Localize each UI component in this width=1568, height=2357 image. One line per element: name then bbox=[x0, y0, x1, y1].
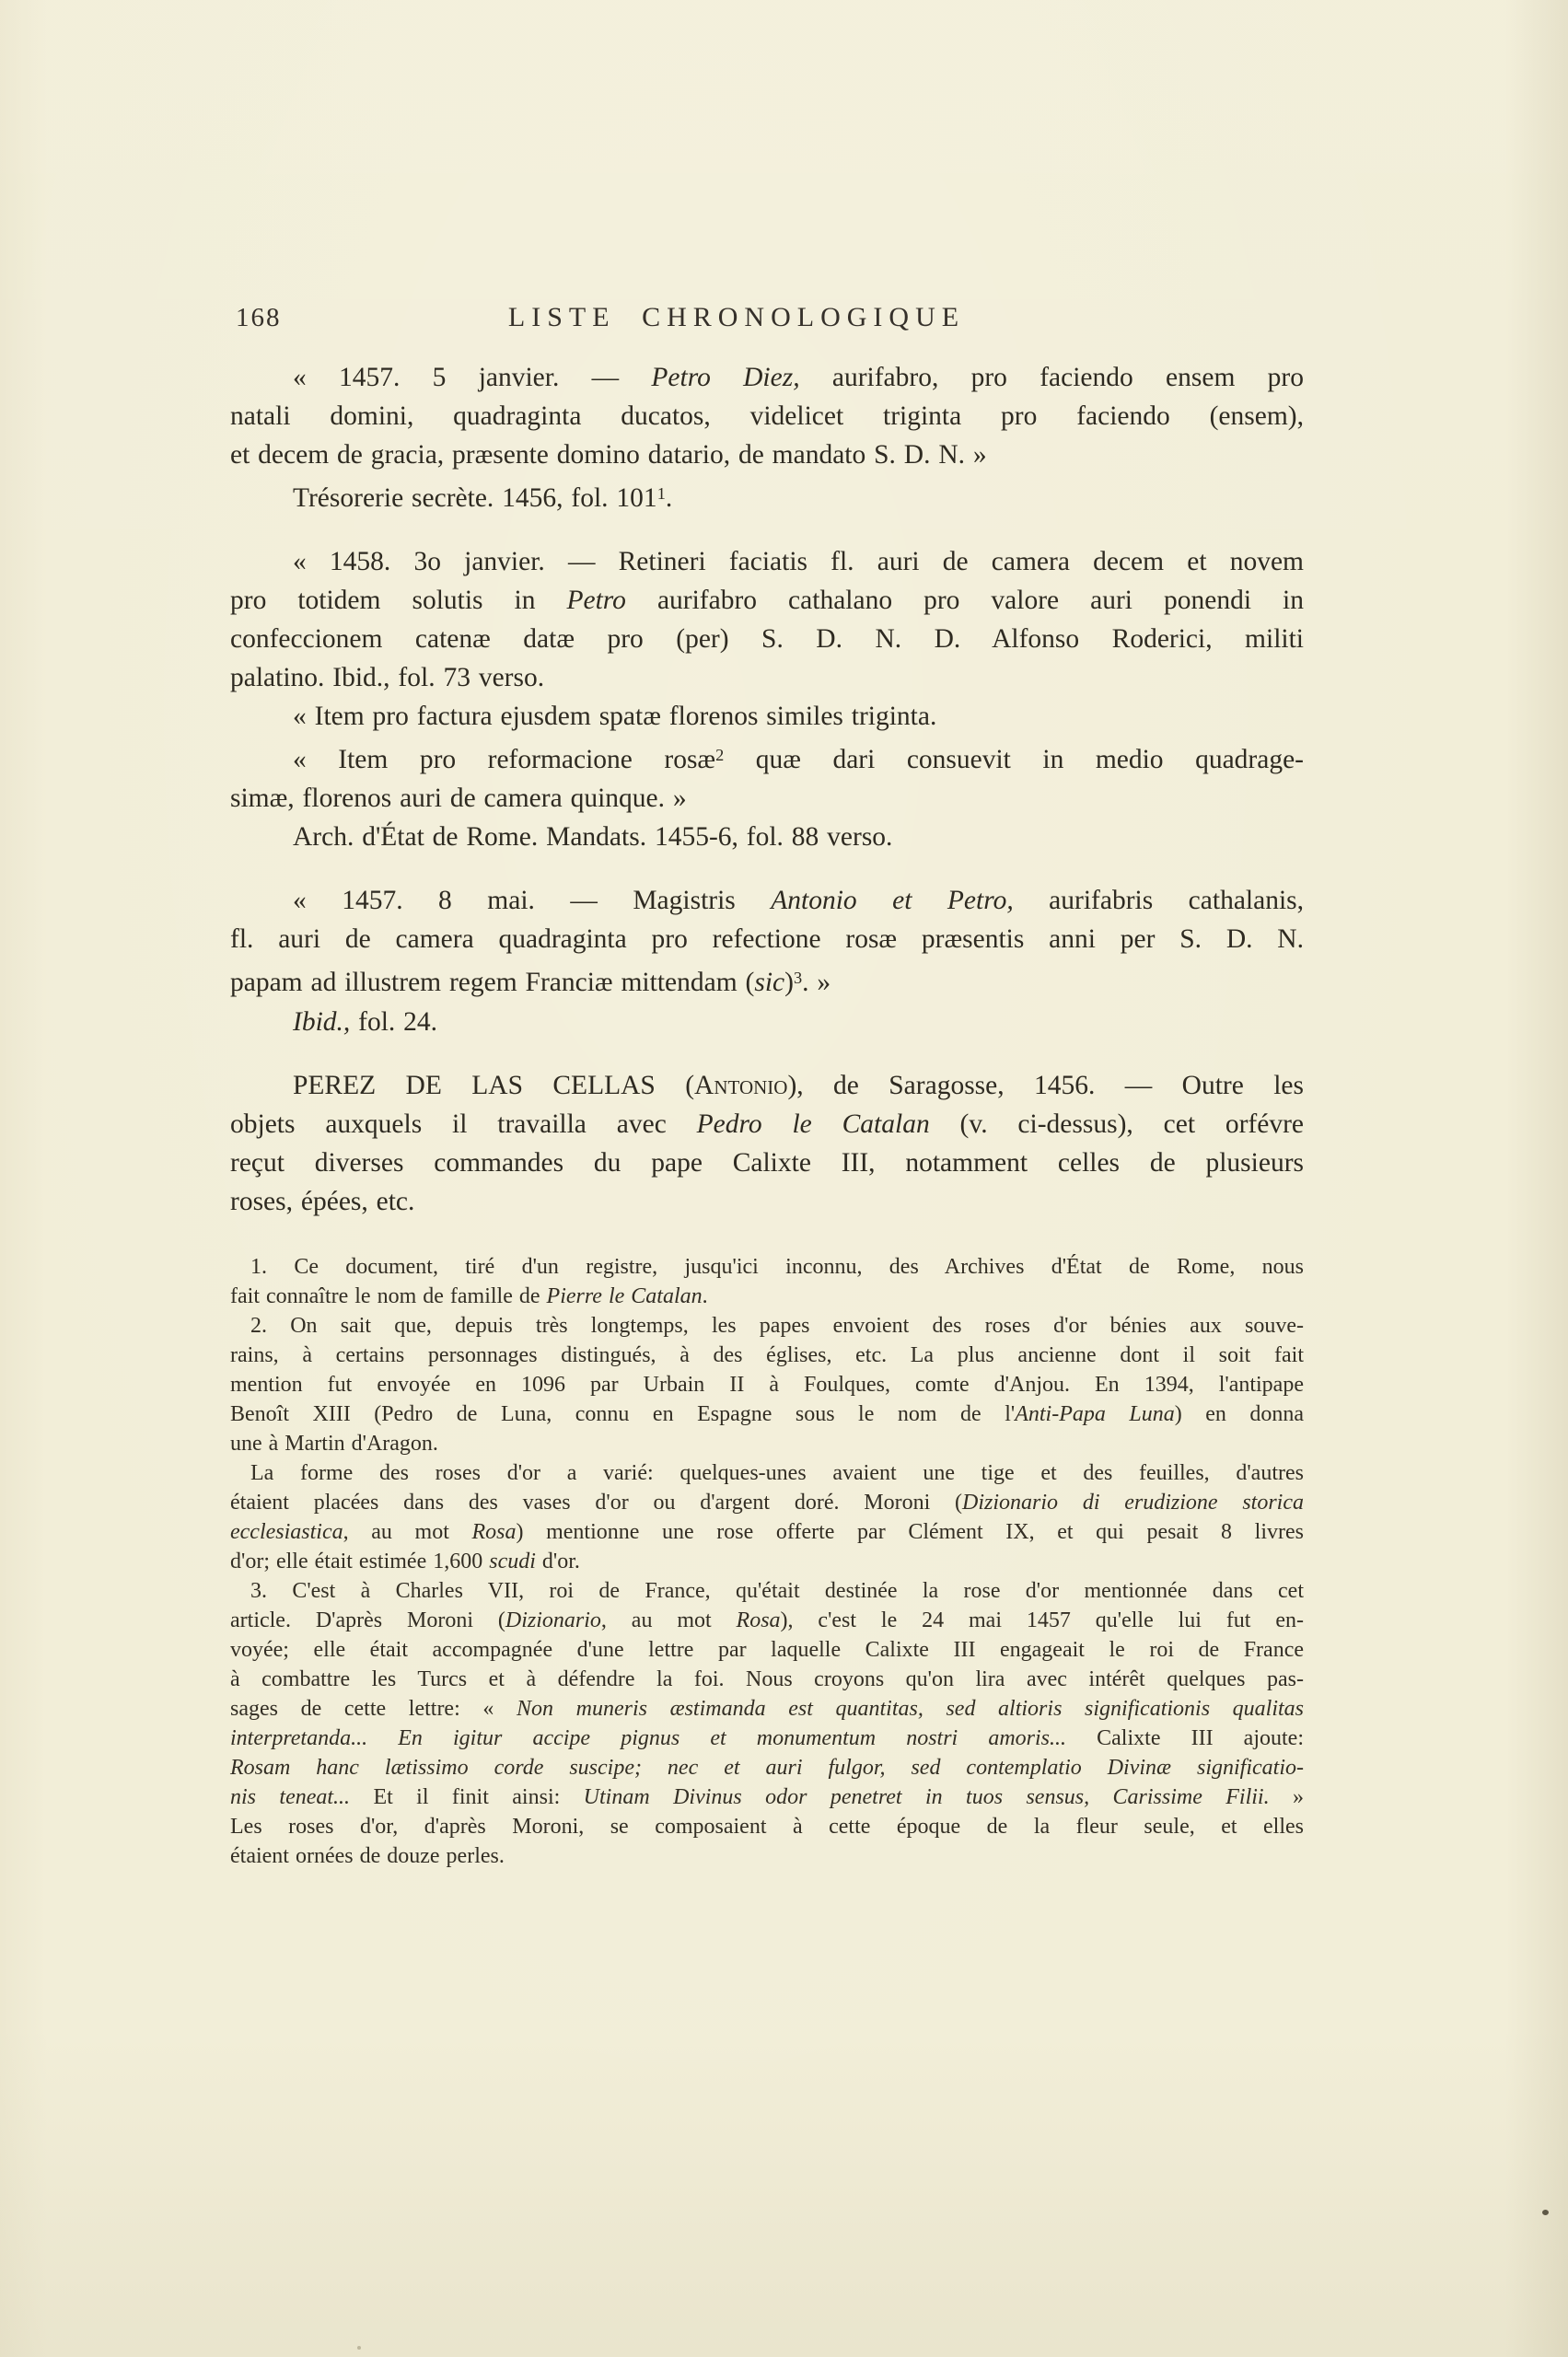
text-run: La forme des roses d'or a varié: quelque… bbox=[250, 1461, 1304, 1485]
text-run: Trésorerie secrète. 1456, fol. 101 bbox=[293, 483, 657, 513]
text-run: ) mentionne une rose offerte par Clément… bbox=[516, 1520, 1304, 1544]
italic-text: Pedro le Catalan bbox=[697, 1109, 930, 1139]
text-run: étaient placées dans des vases d'or ou d… bbox=[230, 1491, 962, 1515]
text-run: Arch. d'État de Rome. Mandats. 1455-6, f… bbox=[293, 822, 892, 852]
text-line: PEREZ DE LAS CELLAS (Antonio), de Sarago… bbox=[230, 1066, 1304, 1105]
text-line: ecclesiastica, au mot Rosa) mentionne un… bbox=[230, 1517, 1304, 1547]
smallcaps-name: Antonio bbox=[694, 1071, 787, 1100]
italic-text: Ibid., bbox=[293, 1007, 350, 1037]
text-line: pro totidem solutis in Petro aurifabro c… bbox=[230, 581, 1304, 620]
italic-text: Dizionario di erudizione storica bbox=[962, 1491, 1304, 1515]
italic-text: scudi bbox=[489, 1550, 536, 1573]
paragraph: La forme des roses d'or a varié: quelque… bbox=[230, 1458, 1304, 1576]
text-run: d'or. bbox=[536, 1550, 580, 1573]
text-run: ), de Saragosse, 1456. — Outre les bbox=[787, 1071, 1304, 1100]
text-run: aurifabro, pro faciendo ensem pro bbox=[800, 363, 1304, 392]
text-run: fl. auri de camera quadraginta pro refec… bbox=[230, 924, 1304, 954]
text-line: 1. Ce document, tiré d'un registre, jusq… bbox=[230, 1252, 1304, 1282]
text-run: fait connaître le nom de famille de bbox=[230, 1284, 547, 1308]
text-run: fol. 24. bbox=[350, 1007, 437, 1037]
text-line: Trésorerie secrète. 1456, fol. 1011. bbox=[230, 474, 1304, 517]
text-line: à combattre les Turcs et à défendre la f… bbox=[230, 1665, 1304, 1694]
text-line: et decem de gracia, præsente domino data… bbox=[230, 435, 1304, 474]
citation-line: Trésorerie secrète. 1456, fol. 1011. bbox=[230, 474, 1304, 517]
italic-text: ecclesiastica bbox=[230, 1520, 343, 1544]
text-line: rains, à certains personnages distingués… bbox=[230, 1341, 1304, 1370]
text-run: aurifabro cathalano pro valore auri pone… bbox=[626, 586, 1304, 615]
italic-text: sic bbox=[754, 969, 784, 998]
text-line: mention fut envoyée en 1096 par Urbain I… bbox=[230, 1370, 1304, 1399]
text-run: pro totidem solutis in bbox=[230, 586, 566, 615]
text-run: . bbox=[703, 1284, 708, 1308]
text-run: papam ad illustrem regem Franciæ mittend… bbox=[230, 969, 754, 998]
running-header-title: LISTE CHRONOLOGIQUE bbox=[230, 300, 1243, 335]
text-run: voyée; elle était accompagnée d'une lett… bbox=[230, 1638, 1304, 1662]
text-run: » bbox=[1270, 1785, 1304, 1809]
text-line: 3. C'est à Charles VII, roi de France, q… bbox=[230, 1576, 1304, 1606]
text-run: « 1457. 8 mai. — Magistris bbox=[293, 886, 771, 915]
text-line: voyée; elle était accompagnée d'une lett… bbox=[230, 1635, 1304, 1665]
text-line: fl. auri de camera quadraginta pro refec… bbox=[230, 920, 1304, 958]
text-line: papam ad illustrem regem Franciæ mittend… bbox=[230, 958, 1304, 1002]
text-line: reçut diverses commandes du pape Calixte… bbox=[230, 1144, 1304, 1182]
text-run: Et il finit ainsi: bbox=[350, 1785, 584, 1809]
text-run: « 1457. 5 janvier. — bbox=[293, 363, 651, 392]
italic-text: Rosa bbox=[737, 1608, 781, 1632]
text-run: étaient ornées de douze perles. bbox=[230, 1844, 505, 1868]
text-line: une à Martin d'Aragon. bbox=[230, 1429, 1304, 1458]
text-run: « Item pro reformacione rosæ bbox=[293, 745, 715, 774]
paragraph: « 1457. 8 mai. — Magistris Antonio et Pe… bbox=[230, 881, 1304, 1002]
italic-text: Anti-Papa Luna bbox=[1015, 1402, 1175, 1426]
text-line: Ibid., fol. 24. bbox=[230, 1003, 1304, 1041]
paragraph: « 1458. 3o janvier. — Retineri faciatis … bbox=[230, 542, 1304, 697]
book-page: 168 LISTE CHRONOLOGIQUE « 1457. 5 janvie… bbox=[0, 0, 1568, 2357]
text-run: et decem de gracia, præsente domino data… bbox=[230, 440, 987, 470]
text-run: natali domini, quadraginta ducatos, vide… bbox=[230, 401, 1304, 431]
main-text-block: « 1457. 5 janvier. — Petro Diez, aurifab… bbox=[230, 358, 1304, 1221]
text-run: 2. On sait que, depuis très longtemps, l… bbox=[250, 1314, 1304, 1338]
scan-ink-speck bbox=[357, 2346, 361, 2350]
text-run: « 1458. 3o janvier. — Retineri faciatis … bbox=[293, 547, 1304, 576]
text-run: ), c'est le 24 mai 1457 qu'elle lui fut … bbox=[781, 1608, 1304, 1632]
text-run: roses, épées, etc. bbox=[230, 1187, 414, 1216]
text-run: Benoît XIII (Pedro de Luna, connu en Esp… bbox=[230, 1402, 1015, 1426]
text-line: étaient ornées de douze perles. bbox=[230, 1841, 1304, 1871]
paragraph: PEREZ DE LAS CELLAS (Antonio), de Sarago… bbox=[230, 1066, 1304, 1221]
text-run: quæ dari consuevit in medio quadrage- bbox=[724, 745, 1304, 774]
footnote-reference: 2 bbox=[715, 746, 724, 764]
text-run: , au mot bbox=[343, 1520, 472, 1544]
italic-text: Rosam hanc lætissimo corde suscipe; nec … bbox=[230, 1756, 1304, 1780]
text-line: confeccionem catenæ datæ pro (per) S. D.… bbox=[230, 620, 1304, 658]
footnote-reference: 1 bbox=[657, 484, 666, 503]
text-run: ) bbox=[784, 969, 794, 998]
italic-text: Dizionario bbox=[505, 1608, 601, 1632]
paragraph: 1. Ce document, tiré d'un registre, jusq… bbox=[230, 1252, 1304, 1311]
citation-line: Arch. d'État de Rome. Mandats. 1455-6, f… bbox=[230, 818, 1304, 856]
italic-text: Rosa bbox=[471, 1520, 516, 1544]
text-run: article. D'après Moroni ( bbox=[230, 1608, 505, 1632]
text-line: « Item pro factura ejusdem spatæ floreno… bbox=[230, 697, 1304, 736]
text-run: d'or; elle était estimée 1,600 bbox=[230, 1550, 489, 1573]
text-run: à combattre les Turcs et à défendre la f… bbox=[230, 1667, 1304, 1691]
paragraph: « Item pro factura ejusdem spatæ floreno… bbox=[230, 697, 1304, 736]
text-line: interpretanda... En igitur accipe pignus… bbox=[230, 1724, 1304, 1753]
text-run: . bbox=[666, 483, 672, 513]
text-run: 1. Ce document, tiré d'un registre, jusq… bbox=[250, 1255, 1304, 1279]
text-run: aurifabris cathalanis, bbox=[1014, 886, 1304, 915]
text-line: étaient placées dans des vases d'or ou d… bbox=[230, 1488, 1304, 1517]
text-line: palatino. Ibid., fol. 73 verso. bbox=[230, 658, 1304, 697]
text-run: confeccionem catenæ datæ pro (per) S. D.… bbox=[230, 624, 1304, 654]
italic-text: Petro Diez, bbox=[651, 363, 799, 392]
text-run: , au mot bbox=[601, 1608, 737, 1632]
paragraph: « Item pro reformacione rosæ2 quæ dari c… bbox=[230, 736, 1304, 818]
italic-text: Petro bbox=[566, 586, 625, 615]
italic-text: Antonio et Petro, bbox=[771, 886, 1013, 915]
citation-line: Ibid., fol. 24. bbox=[230, 1003, 1304, 1041]
text-run: une à Martin d'Aragon. bbox=[230, 1432, 438, 1456]
text-run: Calixte III ajoute: bbox=[1066, 1726, 1304, 1750]
text-run: simæ, florenos auri de camera quinque. » bbox=[230, 784, 687, 813]
text-line: « 1458. 3o janvier. — Retineri faciatis … bbox=[230, 542, 1304, 581]
text-run: PEREZ DE LAS CELLAS ( bbox=[293, 1071, 694, 1100]
text-line: Arch. d'État de Rome. Mandats. 1455-6, f… bbox=[230, 818, 1304, 856]
text-line: 2. On sait que, depuis très longtemps, l… bbox=[230, 1311, 1304, 1341]
text-line: simæ, florenos auri de camera quinque. » bbox=[230, 779, 1304, 818]
text-line: Rosam hanc lætissimo corde suscipe; nec … bbox=[230, 1753, 1304, 1782]
italic-text: Utinam Divinus odor penetret in tuos sen… bbox=[584, 1785, 1270, 1809]
text-run: ) en donna bbox=[1175, 1402, 1304, 1426]
text-run: (v. ci-dessus), cet orfévre bbox=[930, 1109, 1304, 1139]
text-run: « Item pro factura ejusdem spatæ floreno… bbox=[293, 702, 936, 731]
text-line: « 1457. 5 janvier. — Petro Diez, aurifab… bbox=[230, 358, 1304, 397]
text-line: Les roses d'or, d'après Moroni, se compo… bbox=[230, 1812, 1304, 1841]
text-line: « Item pro reformacione rosæ2 quæ dari c… bbox=[230, 736, 1304, 779]
footnotes-block: 1. Ce document, tiré d'un registre, jusq… bbox=[230, 1252, 1304, 1871]
text-line: fait connaître le nom de famille de Pier… bbox=[230, 1282, 1304, 1311]
text-line: natali domini, quadraginta ducatos, vide… bbox=[230, 397, 1304, 435]
italic-text: Pierre le Catalan bbox=[547, 1284, 703, 1308]
text-line: article. D'après Moroni (Dizionario, au … bbox=[230, 1606, 1304, 1635]
italic-text: Non muneris æstimanda est quantitas, sed… bbox=[517, 1697, 1304, 1721]
text-line: La forme des roses d'or a varié: quelque… bbox=[230, 1458, 1304, 1488]
text-line: sages de cette lettre: « Non muneris æst… bbox=[230, 1694, 1304, 1724]
text-run: Les roses d'or, d'après Moroni, se compo… bbox=[230, 1815, 1304, 1839]
text-line: « 1457. 8 mai. — Magistris Antonio et Pe… bbox=[230, 881, 1304, 920]
text-run: rains, à certains personnages distingués… bbox=[230, 1343, 1304, 1367]
text-line: Benoît XIII (Pedro de Luna, connu en Esp… bbox=[230, 1399, 1304, 1429]
text-line: objets auxquels il travailla avec Pedro … bbox=[230, 1105, 1304, 1144]
italic-text: interpretanda... En igitur accipe pignus… bbox=[230, 1726, 1066, 1750]
text-run: . » bbox=[802, 969, 830, 998]
text-run: 3. C'est à Charles VII, roi de France, q… bbox=[250, 1579, 1304, 1603]
text-line: nis teneat... Et il finit ainsi: Utinam … bbox=[230, 1782, 1304, 1812]
text-run: sages de cette lettre: « bbox=[230, 1697, 517, 1721]
italic-text: nis teneat... bbox=[230, 1785, 350, 1809]
text-run: mention fut envoyée en 1096 par Urbain I… bbox=[230, 1373, 1304, 1397]
paragraph: « 1457. 5 janvier. — Petro Diez, aurifab… bbox=[230, 358, 1304, 474]
footnote-reference: 3 bbox=[794, 969, 802, 987]
scan-ink-speck bbox=[1542, 2210, 1549, 2215]
paragraph: 2. On sait que, depuis très longtemps, l… bbox=[230, 1311, 1304, 1458]
text-run: objets auxquels il travailla avec bbox=[230, 1109, 697, 1139]
text-line: roses, épées, etc. bbox=[230, 1182, 1304, 1221]
paragraph: 3. C'est à Charles VII, roi de France, q… bbox=[230, 1576, 1304, 1871]
text-run: reçut diverses commandes du pape Calixte… bbox=[230, 1148, 1304, 1178]
text-line: d'or; elle était estimée 1,600 scudi d'o… bbox=[230, 1547, 1304, 1576]
text-run: palatino. Ibid., fol. 73 verso. bbox=[230, 663, 544, 692]
